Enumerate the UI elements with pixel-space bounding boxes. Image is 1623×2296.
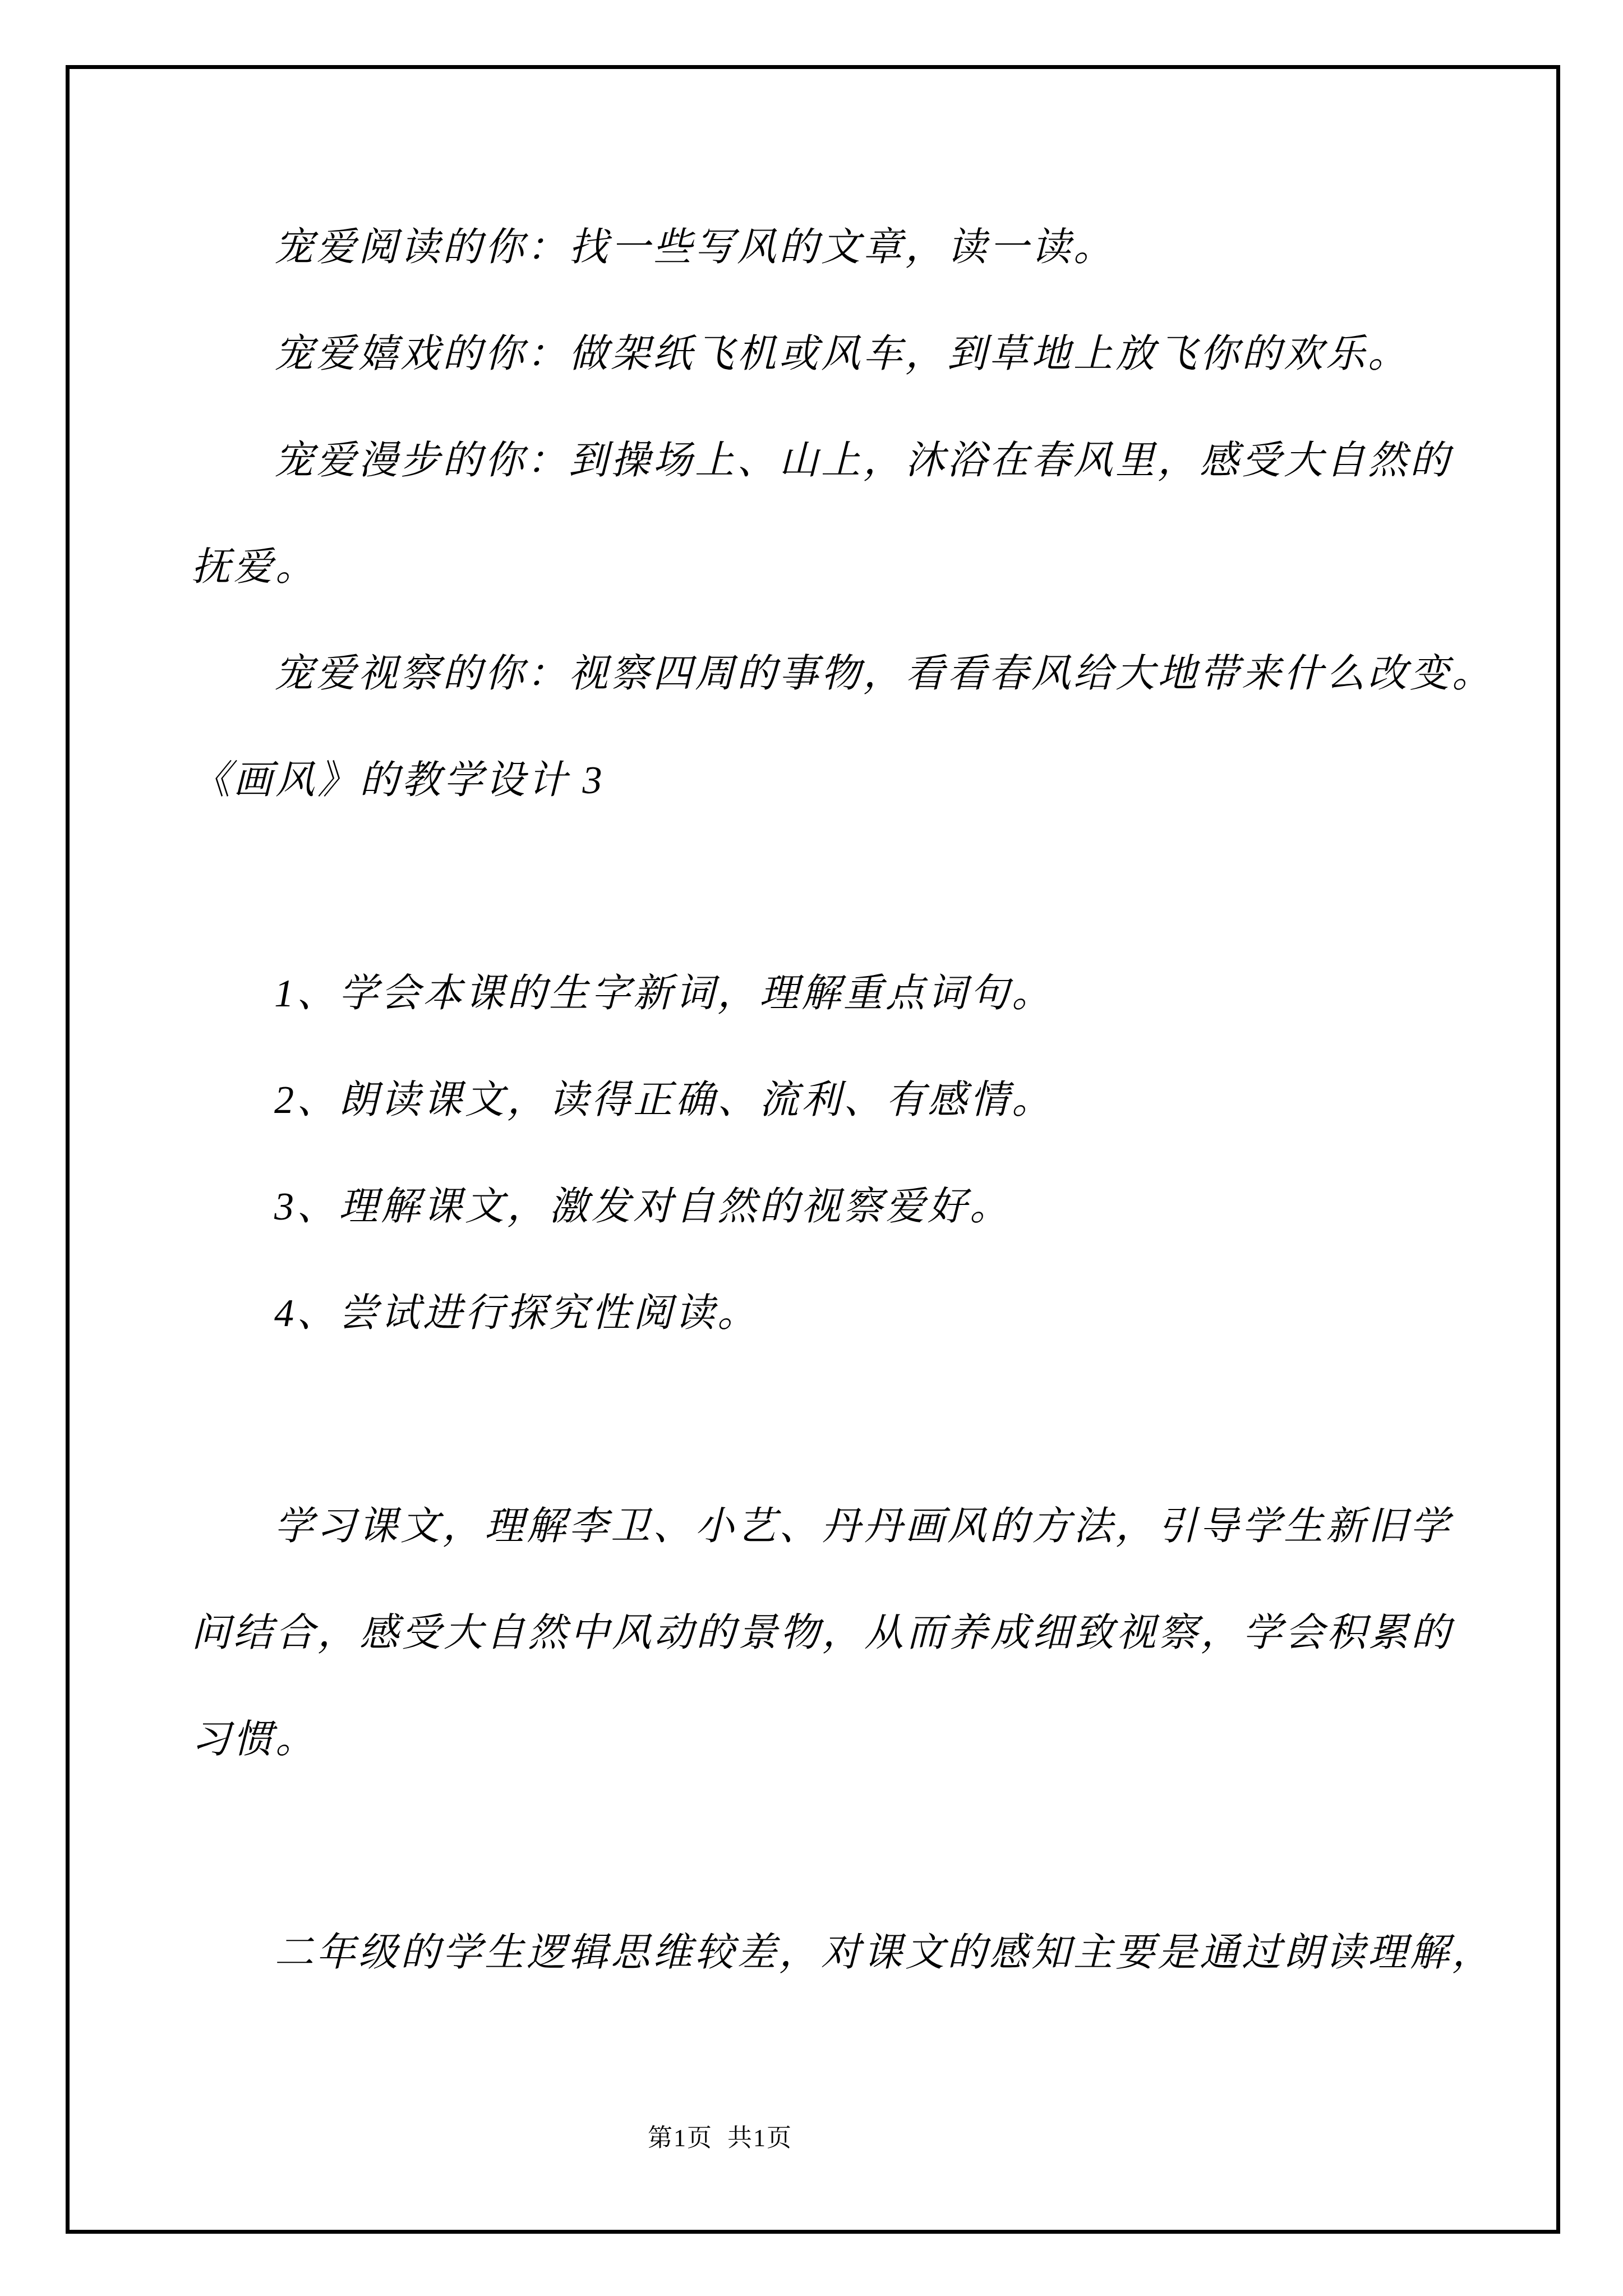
text-line: 宠爱阅读的你：找一些写风的文章，读一读。 <box>191 195 1481 301</box>
page-number-footer: 第1页 共1页 <box>648 2122 792 2155</box>
text-line: 宠爱漫步的你：到操场上、山上，沐浴在春风里，感受大自然的 <box>191 408 1481 514</box>
blank-line <box>191 834 1481 941</box>
text-line: 《画风》的教学设计 3 <box>191 728 1481 834</box>
text-line: 抚爱。 <box>191 514 1481 621</box>
text-line: 问结合，感受大自然中风动的景物，从而养成细致视察，学会积累的 <box>191 1580 1481 1687</box>
text-line: 2、朗读课文，读得正确、流利、有感情。 <box>191 1047 1481 1154</box>
text-line: 宠爱视察的你：视察四周的事物，看看春风给大地带来什么改变。 <box>191 621 1481 728</box>
document-page: 宠爱阅读的你：找一些写风的文章，读一读。宠爱嬉戏的你：做架纸飞机或风车，到草地上… <box>0 0 1623 2296</box>
text-line: 学习课文，理解李卫、小艺、丹丹画风的方法，引导学生新旧学 <box>191 1474 1481 1580</box>
text-line: 4、尝试进行探究性阅读。 <box>191 1260 1481 1367</box>
text-line: 宠爱嬉戏的你：做架纸飞机或风车，到草地上放飞你的欢乐。 <box>191 301 1481 408</box>
text-line: 3、理解课文，激发对自然的视察爱好。 <box>191 1154 1481 1260</box>
document-body: 宠爱阅读的你：找一些写风的文章，读一读。宠爱嬉戏的你：做架纸飞机或风车，到草地上… <box>191 195 1481 2007</box>
text-line: 二年级的学生逻辑思维较差，对课文的感知主要是通过朗读理解， <box>191 1900 1481 2007</box>
text-line: 1、学会本课的生字新词，理解重点词句。 <box>191 941 1481 1047</box>
blank-line <box>191 1793 1481 1900</box>
text-line: 习惯。 <box>191 1687 1481 1793</box>
blank-line <box>191 1367 1481 1474</box>
